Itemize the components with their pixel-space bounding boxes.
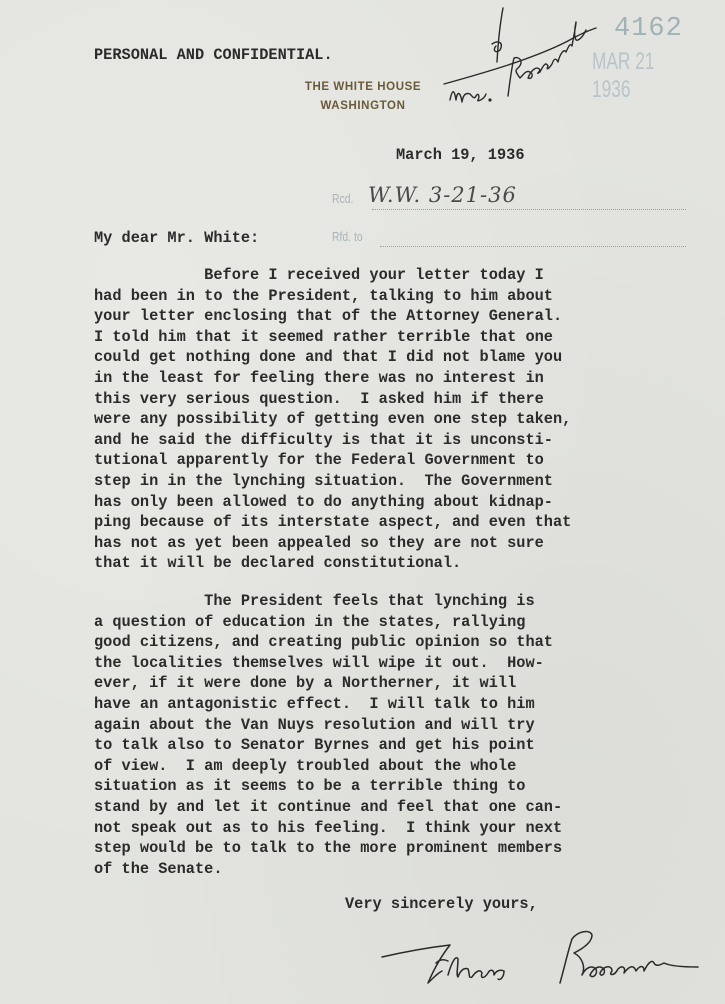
rfd-rule-line	[380, 246, 686, 247]
letter-page: PERSONAL AND CONFIDENTIAL. THE WHITE HOU…	[0, 0, 725, 1004]
rcd-rule-line	[372, 209, 686, 210]
file-number-stamp: 4162	[614, 14, 683, 44]
confidential-marking: PERSONAL AND CONFIDENTIAL.	[94, 46, 333, 64]
salutation: My dear Mr. White:	[94, 229, 259, 247]
handwritten-mrs-roosevelt-annotation: of Mrs. Roosevelt	[440, 4, 610, 134]
body-paragraph-1: Before I received your letter today I ha…	[94, 265, 571, 574]
letterhead-line2: WASHINGTON	[280, 97, 446, 116]
rfd-label: Rfd. to	[332, 229, 363, 244]
body-paragraph-2: The President feels that lynching is a q…	[94, 591, 562, 879]
letter-date: March 19, 1936	[396, 146, 525, 164]
letterhead-line1: THE WHITE HOUSE	[280, 78, 446, 97]
signature-eleanor-roosevelt: Eleanor Roosevelt	[378, 925, 718, 995]
rcd-handwritten-value: W.W. 3-21-36	[368, 183, 517, 207]
rcd-label: Rcd.	[332, 191, 353, 206]
received-date-stamp: MAR 21 1936	[592, 48, 688, 104]
closing: Very sincerely yours,	[345, 895, 538, 913]
letterhead: THE WHITE HOUSE WASHINGTON	[280, 78, 446, 116]
